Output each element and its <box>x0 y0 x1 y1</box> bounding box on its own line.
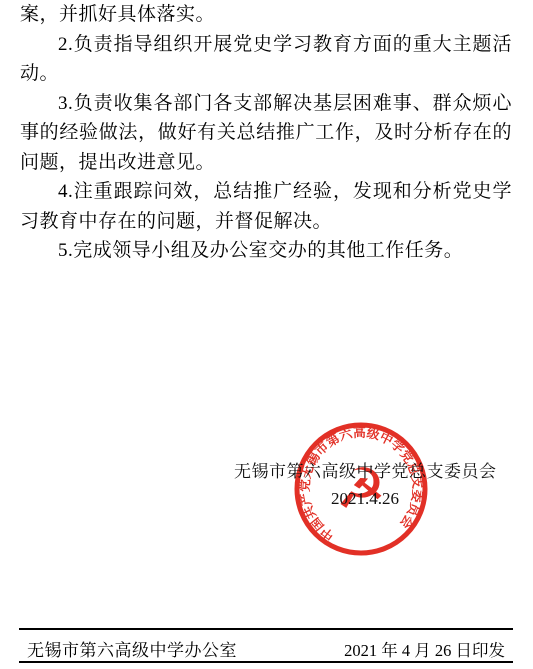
signature-date: 2021.4.26 <box>331 489 399 509</box>
signature-organization: 无锡市第六高级中学党总支委员会 <box>234 457 497 482</box>
list-item-4: 4.注重跟踪问效，总结推广经验，发现和分析党史学习教育中存在的问题，并督促解决。 <box>20 177 512 236</box>
list-item-3: 3.负责收集各部门各支部解决基层困难事、群众烦心事的经验做法，做好有关总结推广工… <box>20 89 512 178</box>
list-item-2: 2.负责指导组织开展党史学习教育方面的重大主题活动。 <box>20 30 512 89</box>
document-page: 案，并抓好具体落实。 2.负责指导组织开展党史学习教育方面的重大主题活动。 3.… <box>0 0 533 669</box>
footer-print-date: 2021 年 4 月 26 日印发 <box>344 637 505 661</box>
body-text: 案，并抓好具体落实。 2.负责指导组织开展党史学习教育方面的重大主题活动。 3.… <box>20 0 512 266</box>
list-item-5: 5.完成领导小组及办公室交办的其他工作任务。 <box>20 236 512 266</box>
footer-rule-top <box>19 628 513 630</box>
paragraph-continuation: 案，并抓好具体落实。 <box>20 0 512 30</box>
footer-issuer: 无锡市第六高级中学办公室 <box>27 636 237 661</box>
footer-rule-bottom <box>19 661 513 663</box>
